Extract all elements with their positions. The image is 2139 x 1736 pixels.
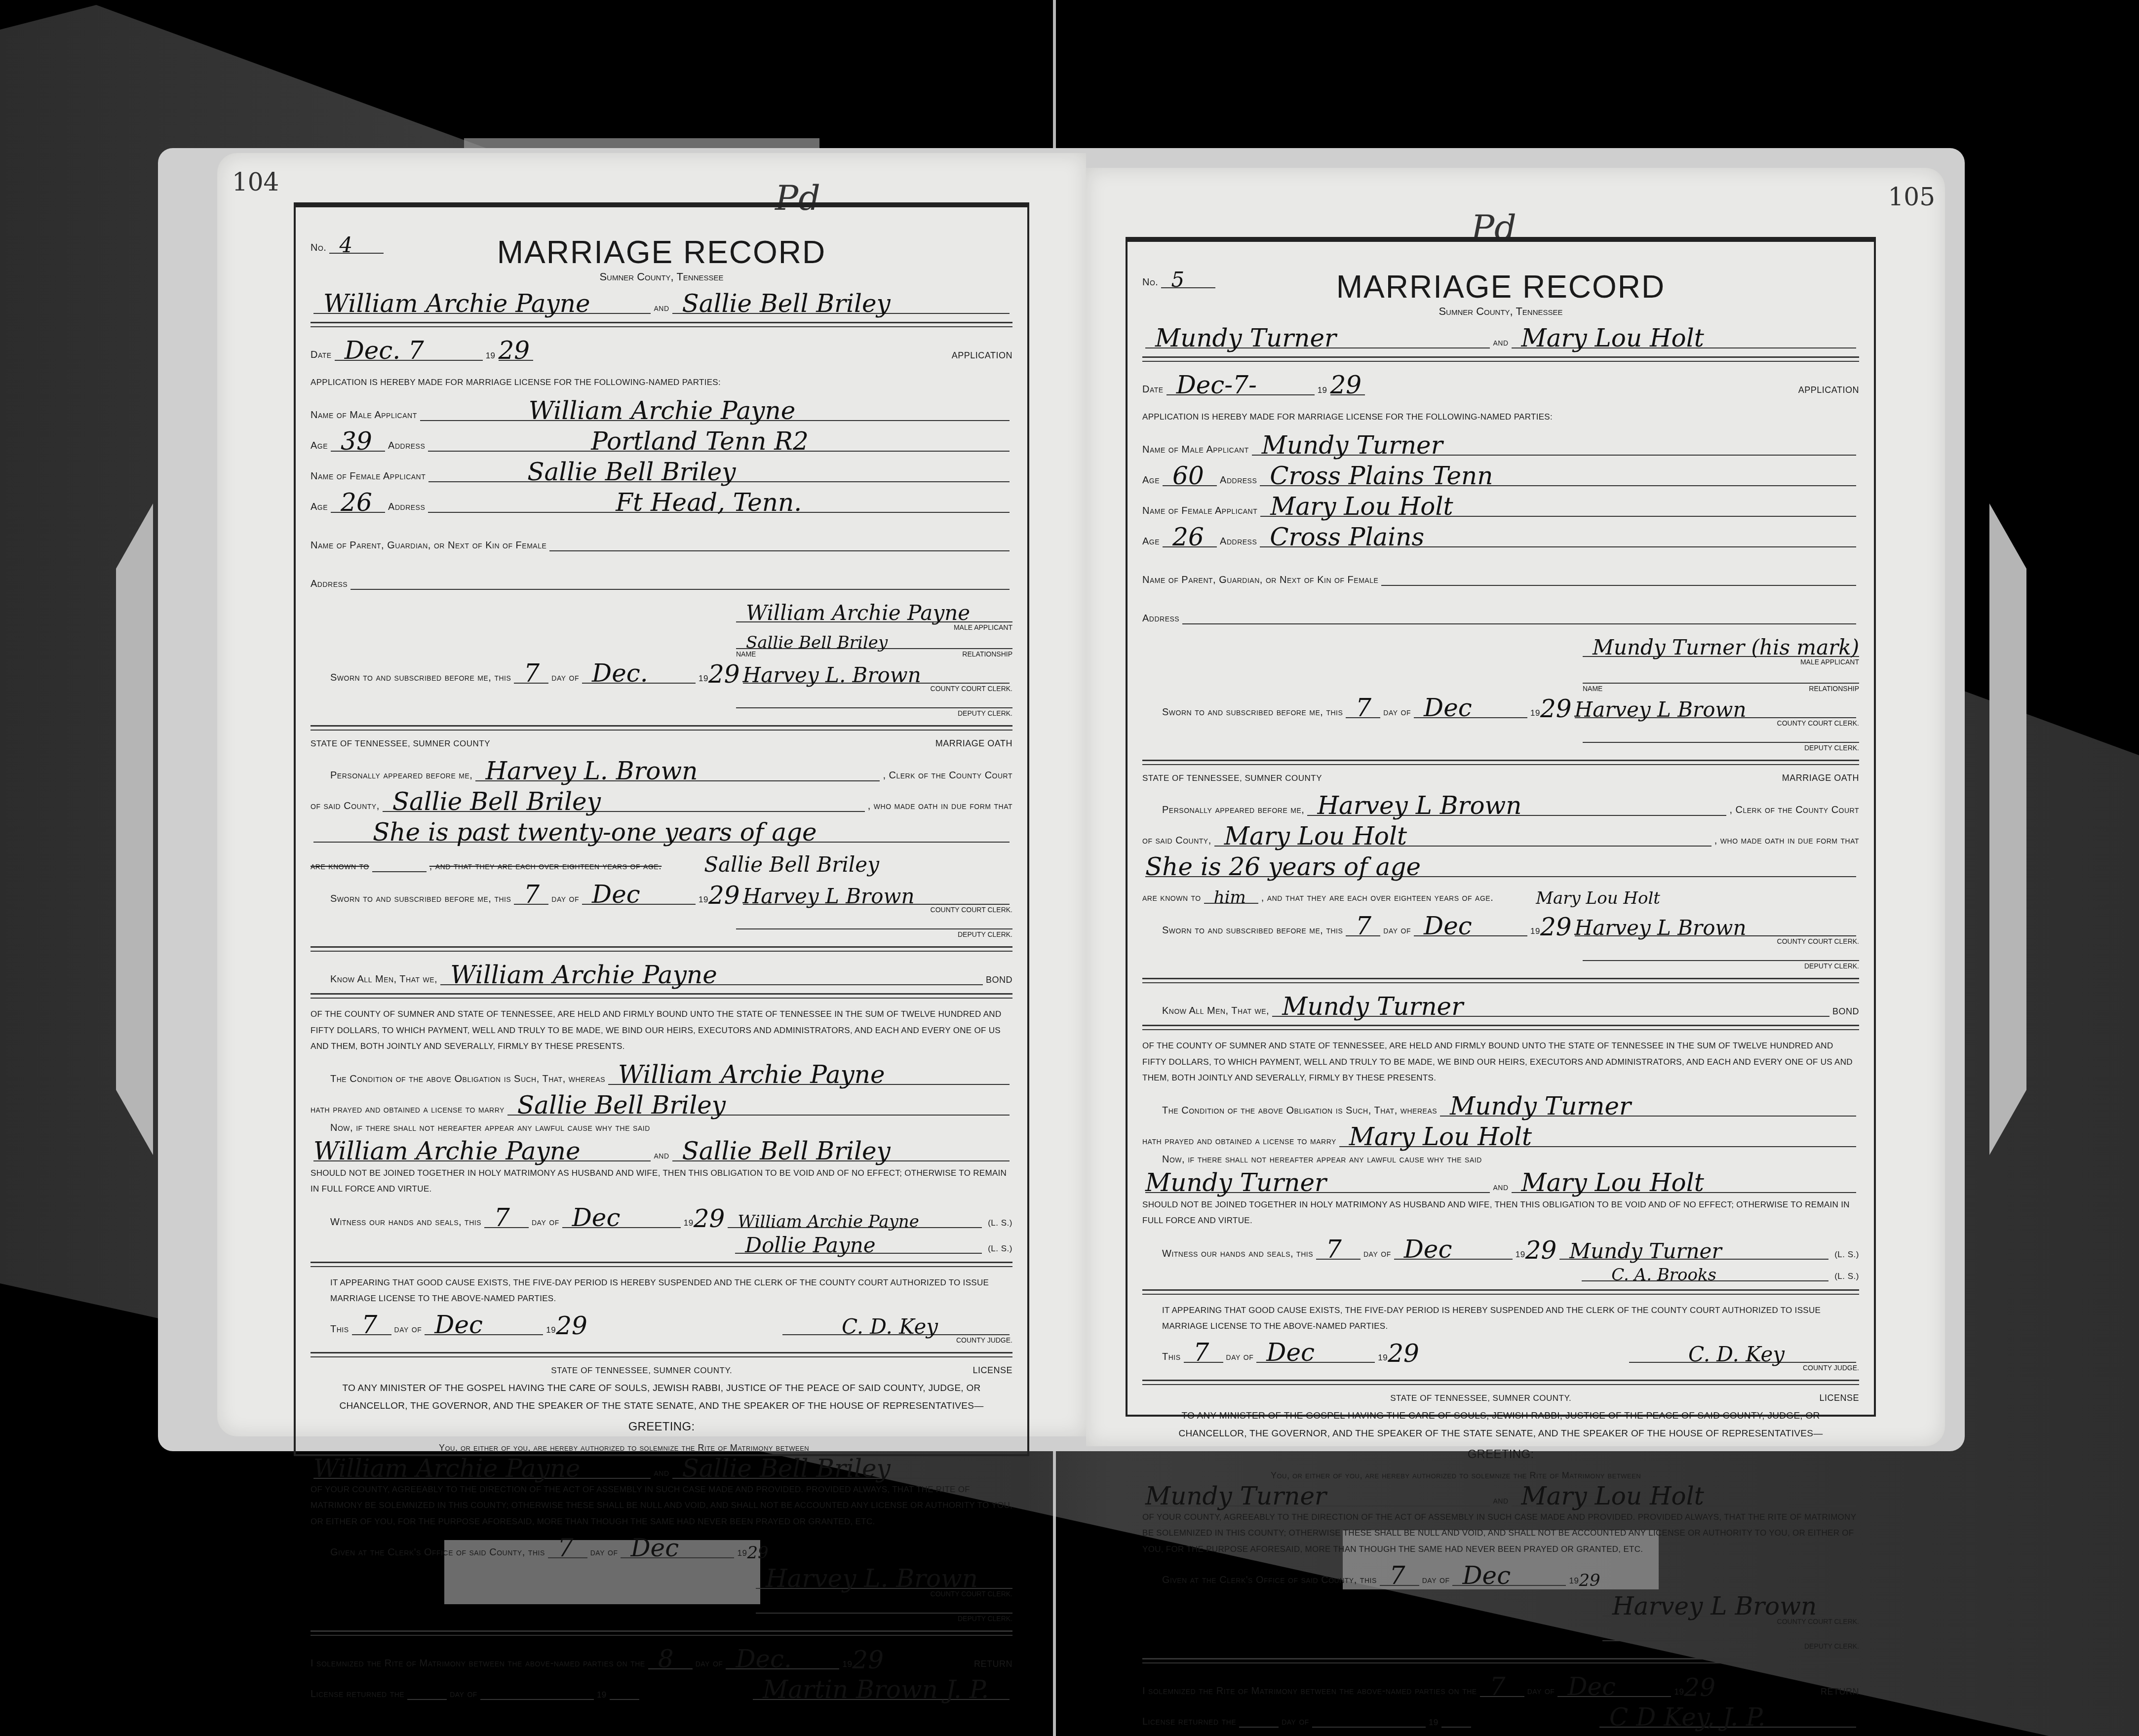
year-prefix: 19 bbox=[597, 1690, 607, 1700]
male-age-label: Age bbox=[311, 440, 328, 452]
female-applicant-name: Mary Lou Holt bbox=[1260, 492, 1453, 521]
year-prefix: 19 bbox=[699, 674, 708, 684]
solemnized-day: 7 bbox=[1480, 1672, 1506, 1701]
county-judge-signature: C. D. Key bbox=[782, 1314, 938, 1339]
oath-month: Dec bbox=[1414, 912, 1472, 940]
bond-principal: Mundy Turner bbox=[1272, 992, 1463, 1021]
seal-label: (L. S.) bbox=[1834, 1272, 1859, 1281]
oath-clerk-signature: Harvey L Brown bbox=[743, 884, 915, 908]
female-applicant-signature bbox=[1583, 667, 1593, 687]
said-groom: Mundy Turner bbox=[1145, 1168, 1326, 1197]
day-of-label: day of bbox=[532, 1217, 559, 1228]
officiant-signature: Martin Brown J. P. bbox=[753, 1675, 989, 1704]
sworn-label: Sworn to and subscribed before me, this bbox=[1142, 707, 1343, 718]
bond-label: Bond bbox=[1832, 1006, 1859, 1017]
book-side-tab-right bbox=[1989, 503, 2026, 1155]
bond-text: of the County of Sumner and State of Ten… bbox=[1142, 1038, 1859, 1086]
parent-guardian-label: Name of Parent, Guardian, or Next of Kin… bbox=[311, 540, 546, 551]
female-applicant-name: Sallie Bell Briley bbox=[428, 458, 736, 486]
license-to-marry: Sallie Bell Briley bbox=[507, 1091, 726, 1119]
are-known-to-value bbox=[372, 856, 382, 876]
hath-prayed-label: hath prayed and obtained a license to ma… bbox=[1142, 1136, 1336, 1147]
return-label: Return bbox=[1821, 1687, 1859, 1697]
male-applicant-label: Name of Male Applicant bbox=[311, 410, 417, 421]
year-prefix: 19 bbox=[1674, 1687, 1684, 1697]
are-known-to-value: him bbox=[1204, 887, 1246, 907]
each-over-eighteen-label: , and that they are each over eighteen y… bbox=[429, 861, 661, 872]
year-prefix: 19 bbox=[486, 351, 496, 361]
and-label: and bbox=[1493, 1182, 1508, 1193]
greeting: GREETING: bbox=[628, 1420, 695, 1433]
and-label: and bbox=[1493, 337, 1508, 348]
marriage-record-form: No. 4 MARRIAGE RECORD Sumner County, Ten… bbox=[294, 202, 1029, 1456]
deputy-clerk-caption: Deputy Clerk. bbox=[1142, 744, 1859, 752]
day-of-label: day of bbox=[1383, 707, 1411, 718]
bride-name: Mary Lou Holt bbox=[1512, 324, 1704, 352]
solemnized-month: Dec. bbox=[726, 1645, 792, 1673]
year-prefix: 19 bbox=[1429, 1718, 1439, 1728]
license-bride: Mary Lou Holt bbox=[1512, 1482, 1704, 1510]
sworn-year: 29 bbox=[708, 662, 740, 687]
condition-label: The Condition of the above Obligation is… bbox=[1142, 1105, 1437, 1117]
deputy-clerk-caption: Deputy Clerk. bbox=[311, 930, 1012, 938]
and-label: and bbox=[654, 303, 669, 314]
given-day: 7 bbox=[1380, 1561, 1405, 1590]
witness-year: 29 bbox=[1525, 1238, 1557, 1263]
license-state-county: State of Tennessee, Sumner County. bbox=[1390, 1393, 1571, 1403]
know-all-men-label: Know All Men, That we, bbox=[1142, 1005, 1269, 1017]
county-court-clerk-caption: County Court Clerk. bbox=[1142, 937, 1859, 945]
female-address-label: Address bbox=[1220, 536, 1257, 547]
given-year: 29 bbox=[1579, 1572, 1600, 1589]
date-label: Date bbox=[311, 349, 332, 361]
female-address: Cross Plains bbox=[1260, 523, 1424, 551]
parent-address bbox=[1182, 600, 1192, 628]
female-applicant-label: Name of Female Applicant bbox=[311, 471, 426, 482]
sworn-label: Sworn to and subscribed before me, this bbox=[311, 672, 511, 684]
day-of-label: day of bbox=[450, 1689, 477, 1700]
witness-signature-1: Mundy Turner bbox=[1559, 1239, 1721, 1263]
witness-signature-2: Dollie Payne bbox=[735, 1233, 876, 1257]
clerk-of-court-label: , Clerk of the County Court bbox=[1729, 805, 1859, 816]
solemnized-day: 8 bbox=[648, 1645, 674, 1673]
marriage-oath-label: Marriage Oath bbox=[935, 738, 1012, 749]
deputy-clerk-caption: Deputy Clerk. bbox=[958, 1615, 1012, 1622]
bond-label: Bond bbox=[986, 975, 1012, 985]
day-of-label: day of bbox=[551, 893, 579, 905]
given-year: 29 bbox=[747, 1544, 768, 1561]
year-prefix: 19 bbox=[1530, 926, 1540, 936]
know-all-men-label: Know All Men, That we, bbox=[311, 974, 437, 985]
year-prefix: 19 bbox=[1378, 1353, 1388, 1363]
form-title: MARRIAGE RECORD bbox=[1142, 269, 1859, 305]
good-cause-month: Dec bbox=[1256, 1338, 1315, 1367]
record-number: 4 bbox=[329, 233, 352, 257]
page-number: 105 bbox=[1888, 183, 1935, 211]
of-said-county-label: of said County, bbox=[311, 801, 380, 812]
day-of-label: day of bbox=[1363, 1248, 1391, 1260]
returned-year bbox=[610, 1684, 620, 1703]
you-or-either-label: You, or either of you, are hereby author… bbox=[311, 1443, 809, 1453]
license-returned-label: License returned the bbox=[1142, 1716, 1236, 1728]
seal-label: (L. S.) bbox=[988, 1218, 1012, 1228]
day-of-label: day of bbox=[1527, 1686, 1555, 1697]
male-applicant-signature: William Archie Payne bbox=[736, 601, 970, 625]
witness-month: Dec bbox=[562, 1203, 621, 1232]
female-address: Ft Head, Tenn. bbox=[428, 488, 802, 517]
license-to-marry: Mary Lou Holt bbox=[1339, 1122, 1532, 1151]
this-label: This bbox=[311, 1324, 349, 1335]
application-year: 29 bbox=[1330, 371, 1362, 399]
bride-name: Sallie Bell Briley bbox=[672, 289, 891, 318]
relationship-caption: Relationship bbox=[962, 650, 1012, 658]
returned-month bbox=[480, 1684, 490, 1703]
year-prefix: 19 bbox=[684, 1218, 694, 1228]
good-cause-month: Dec bbox=[425, 1311, 483, 1339]
form-county: Sumner County, Tennessee bbox=[311, 270, 1012, 283]
oath-year: 29 bbox=[708, 883, 740, 908]
day-of-label: day of bbox=[590, 1547, 618, 1558]
condition-whereas: Mundy Turner bbox=[1440, 1092, 1631, 1120]
year-prefix: 19 bbox=[1530, 708, 1540, 718]
date-label: Date bbox=[1142, 384, 1164, 395]
record-number-label: No. bbox=[1142, 277, 1158, 288]
and-label: and bbox=[654, 1150, 669, 1161]
groom-name: Mundy Turner bbox=[1145, 324, 1336, 352]
deputy-clerk-caption: Deputy Clerk. bbox=[1804, 1642, 1859, 1650]
of-your-county-text: of your County, agreeably to the directi… bbox=[311, 1482, 1012, 1530]
male-address-label: Address bbox=[1220, 475, 1257, 486]
said-groom: William Archie Payne bbox=[313, 1137, 581, 1165]
year-prefix: 19 bbox=[737, 1548, 747, 1558]
male-applicant-signature: Mundy Turner (his mark) bbox=[1583, 635, 1859, 659]
and-label: and bbox=[654, 1467, 669, 1479]
to-any-minister: To any Minister of the Gospel having the… bbox=[339, 1383, 983, 1411]
oath-signature: Mary Lou Holt bbox=[1496, 888, 1660, 908]
are-known-to-label: are known to bbox=[1142, 892, 1201, 904]
given-at-label: Given at the Clerk's Office of said Coun… bbox=[1142, 1575, 1377, 1586]
good-cause-text: It appearing that good cause exists, the… bbox=[1142, 1303, 1859, 1335]
who-made-oath-label: , who made oath in due form that bbox=[868, 801, 1012, 812]
application-year: 29 bbox=[499, 336, 530, 365]
female-age: 26 bbox=[331, 488, 372, 517]
officiant-signature: C D Key, J. P. bbox=[1599, 1703, 1765, 1732]
male-address-label: Address bbox=[388, 440, 425, 452]
greeting: GREETING: bbox=[1468, 1448, 1534, 1461]
male-applicant-label: Name of Male Applicant bbox=[1142, 444, 1249, 456]
given-clerk-signature: Harvey L. Brown bbox=[756, 1564, 978, 1593]
day-of-label: day of bbox=[394, 1324, 422, 1335]
day-of-label: day of bbox=[1383, 925, 1411, 936]
form-title: MARRIAGE RECORD bbox=[311, 234, 1012, 270]
year-prefix: 19 bbox=[546, 1325, 556, 1335]
license-state-county: State of Tennessee, Sumner County. bbox=[551, 1366, 732, 1376]
good-cause-year: 29 bbox=[1388, 1341, 1419, 1366]
sworn-day: 7 bbox=[514, 659, 540, 688]
and-label: and bbox=[1493, 1495, 1508, 1506]
good-cause-day: 7 bbox=[1184, 1338, 1209, 1367]
application-date: Dec-7- bbox=[1167, 371, 1257, 399]
male-age: 39 bbox=[331, 427, 372, 456]
male-age-label: Age bbox=[1142, 475, 1160, 486]
sworn-year: 29 bbox=[1540, 696, 1572, 721]
said-bride: Sallie Bell Briley bbox=[672, 1137, 891, 1165]
year-prefix: 19 bbox=[1318, 386, 1327, 395]
i-solemnized-label: I solemnized the Rite of Matrimony betwe… bbox=[311, 1658, 645, 1669]
hath-prayed-label: hath prayed and obtained a license to ma… bbox=[311, 1104, 505, 1116]
parent-guardian bbox=[549, 527, 559, 555]
oath-person: Sallie Bell Briley bbox=[383, 787, 601, 816]
parent-guardian bbox=[1381, 561, 1391, 590]
male-address: Cross Plains Tenn bbox=[1260, 462, 1493, 490]
oath-sworn-label: Sworn to and subscribed before me, this bbox=[311, 893, 511, 905]
application-text: Application is hereby made for Marriage … bbox=[1142, 409, 1859, 425]
license-returned-label: License returned the bbox=[311, 1689, 404, 1700]
solemnized-month: Dec bbox=[1557, 1672, 1616, 1701]
year-prefix: 19 bbox=[1569, 1576, 1579, 1586]
oath-year: 29 bbox=[1540, 915, 1572, 939]
application-section-label: Application bbox=[1798, 385, 1859, 395]
solemnized-year: 29 bbox=[852, 1648, 884, 1672]
application-section-label: Application bbox=[952, 350, 1012, 361]
oath-day: 7 bbox=[514, 880, 540, 909]
now-if-label: Now, if there shall not hereafter appear… bbox=[311, 1122, 650, 1134]
good-cause-text: It appearing that good cause exists, the… bbox=[311, 1275, 1012, 1307]
relationship-caption: Relationship bbox=[1809, 685, 1859, 693]
deputy-clerk-caption: Deputy Clerk. bbox=[311, 709, 1012, 717]
oath-statement: She is past twenty-one years of age bbox=[313, 818, 817, 847]
returned-year bbox=[1441, 1711, 1451, 1731]
each-over-eighteen-label: , and that they are each over eighteen y… bbox=[1261, 892, 1493, 904]
witness-day: 7 bbox=[1316, 1235, 1342, 1264]
witness-signature-1: William Archie Payne bbox=[728, 1212, 919, 1232]
now-if-label: Now, if there shall not hereafter appear… bbox=[1142, 1154, 1482, 1165]
to-any-minister: To any Minister of the Gospel having the… bbox=[1178, 1411, 1823, 1439]
good-cause-year: 29 bbox=[556, 1313, 587, 1338]
returned-day bbox=[407, 1684, 417, 1703]
right-page: 105 Pd No. 5 MARRIAGE RECORD Sumner Coun… bbox=[1086, 168, 1945, 1446]
application-text: Application is hereby made for Marriage … bbox=[311, 375, 1012, 390]
male-applicant-name: William Archie Payne bbox=[420, 396, 796, 425]
year-prefix: 19 bbox=[1516, 1250, 1525, 1260]
witness-year: 29 bbox=[694, 1206, 725, 1231]
deputy-clerk-caption: Deputy Clerk. bbox=[1142, 962, 1859, 970]
book-side-tab-left bbox=[116, 503, 153, 1155]
form-county: Sumner County, Tennessee bbox=[1142, 305, 1859, 318]
record-number: 5 bbox=[1161, 268, 1184, 292]
female-age-label: Age bbox=[1142, 536, 1160, 547]
returned-month bbox=[1312, 1711, 1322, 1731]
day-of-label: day of bbox=[1422, 1575, 1450, 1586]
given-at-label: Given at the Clerk's Office of said Coun… bbox=[311, 1547, 545, 1558]
day-of-label: day of bbox=[551, 672, 579, 684]
county-judge-signature: C. D. Key bbox=[1629, 1342, 1785, 1366]
said-bride: Mary Lou Holt bbox=[1512, 1168, 1704, 1197]
sworn-month: Dec bbox=[1414, 694, 1472, 722]
oath-day: 7 bbox=[1346, 912, 1371, 940]
day-of-label: day of bbox=[1226, 1351, 1254, 1363]
license-groom: William Archie Payne bbox=[313, 1454, 581, 1483]
record-number-label: No. bbox=[311, 242, 326, 254]
who-made-oath-label: , who made oath in due form that bbox=[1714, 835, 1859, 847]
condition-label: The Condition of the above Obligation is… bbox=[311, 1074, 605, 1085]
this-label: This bbox=[1142, 1351, 1181, 1363]
oath-clerk: Harvey L Brown bbox=[1307, 791, 1521, 820]
female-address-label: Address bbox=[388, 502, 425, 513]
to-any-minister-text: To any Minister of the Gospel having the… bbox=[311, 1380, 1012, 1438]
oath-statement: She is 26 years of age bbox=[1145, 852, 1421, 881]
year-prefix: 19 bbox=[842, 1659, 852, 1669]
groom-name: William Archie Payne bbox=[313, 289, 590, 318]
bond-principal: William Archie Payne bbox=[440, 961, 717, 989]
witness-month: Dec bbox=[1394, 1235, 1452, 1264]
sworn-day: 7 bbox=[1346, 694, 1371, 722]
are-known-to-label: are known to bbox=[311, 861, 369, 872]
parent-address bbox=[350, 565, 360, 594]
day-of-label: day of bbox=[1282, 1716, 1309, 1728]
male-address: Portland Tenn R2 bbox=[428, 427, 808, 456]
witness-day: 7 bbox=[484, 1203, 510, 1232]
should-not-text: should not be joined together in Holy Ma… bbox=[311, 1165, 1012, 1197]
of-said-county-label: of said County, bbox=[1142, 835, 1211, 847]
condition-whereas: William Archie Payne bbox=[608, 1060, 885, 1089]
clerk-of-court-label: , Clerk of the County Court bbox=[883, 770, 1012, 781]
female-applicant-signature: Sallie Bell Briley bbox=[736, 633, 888, 653]
parent-guardian-label: Name of Parent, Guardian, or Next of Kin… bbox=[1142, 575, 1378, 586]
good-cause-day: 7 bbox=[352, 1311, 378, 1339]
sworn-month: Dec. bbox=[582, 659, 648, 688]
given-day: 7 bbox=[548, 1534, 574, 1562]
should-not-text: should not be joined together in Holy Ma… bbox=[1142, 1197, 1859, 1229]
you-or-either-label: You, or either of you, are hereby author… bbox=[1142, 1470, 1641, 1481]
of-your-county-text: of your County, agreeably to the directi… bbox=[1142, 1509, 1859, 1557]
oath-signature: Sallie Bell Briley bbox=[664, 852, 879, 877]
application-date: Dec. 7 bbox=[335, 336, 424, 365]
personally-appeared-label: Personally appeared before me, bbox=[1142, 805, 1304, 816]
oath-state-county: State of Tennessee, Sumner County bbox=[311, 739, 490, 749]
solemnized-year: 29 bbox=[1684, 1675, 1715, 1700]
personally-appeared-label: Personally appeared before me, bbox=[311, 770, 472, 781]
license-section-label: License bbox=[1819, 1393, 1859, 1403]
to-any-minister-text: To any Minister of the Gospel having the… bbox=[1142, 1407, 1859, 1466]
parent-address-label: Address bbox=[311, 579, 348, 590]
given-month: Dec bbox=[621, 1534, 679, 1562]
witness-label: Witness our hands and seals, this bbox=[1142, 1248, 1313, 1260]
oath-month: Dec bbox=[582, 880, 640, 909]
female-age-label: Age bbox=[311, 502, 328, 513]
male-applicant-name: Mundy Turner bbox=[1252, 431, 1443, 460]
marriage-oath-label: Marriage Oath bbox=[1782, 773, 1859, 783]
page-number: 104 bbox=[232, 168, 279, 196]
seal-label: (L. S.) bbox=[988, 1244, 1012, 1254]
oath-sworn-label: Sworn to and subscribed before me, this bbox=[1142, 925, 1343, 936]
witness-signature-2: C. A. Brooks bbox=[1582, 1265, 1716, 1285]
oath-clerk-signature: Harvey L Brown bbox=[1575, 916, 1747, 940]
returned-day bbox=[1239, 1711, 1249, 1731]
bond-text: of the County of Sumner and State of Ten… bbox=[311, 1006, 1012, 1054]
clerk-signature: Harvey L. Brown bbox=[743, 663, 921, 687]
oath-state-county: State of Tennessee, Sumner County bbox=[1142, 773, 1322, 783]
clerk-signature: Harvey L Brown bbox=[1575, 697, 1747, 722]
given-month: Dec bbox=[1452, 1561, 1511, 1590]
male-age: 60 bbox=[1163, 462, 1204, 490]
license-bride: Sallie Bell Briley bbox=[672, 1454, 891, 1483]
parent-address-label: Address bbox=[1142, 613, 1179, 624]
marriage-record-form: No. 5 MARRIAGE RECORD Sumner County, Ten… bbox=[1126, 237, 1876, 1417]
female-applicant-label: Name of Female Applicant bbox=[1142, 505, 1257, 517]
return-label: Return bbox=[974, 1659, 1012, 1669]
female-age: 26 bbox=[1163, 523, 1204, 551]
given-clerk-signature: Harvey L Brown bbox=[1602, 1592, 1817, 1620]
witness-label: Witness our hands and seals, this bbox=[311, 1217, 481, 1228]
license-section-label: License bbox=[972, 1365, 1012, 1376]
oath-person: Mary Lou Holt bbox=[1214, 822, 1407, 850]
license-groom: Mundy Turner bbox=[1145, 1482, 1326, 1510]
day-of-label: day of bbox=[696, 1658, 723, 1669]
left-page: 104 Pd No. 4 MARRIAGE RECORD Sumner Coun… bbox=[217, 153, 1086, 1436]
i-solemnized-label: I solemnized the Rite of Matrimony betwe… bbox=[1142, 1686, 1477, 1697]
seal-label: (L. S.) bbox=[1834, 1250, 1859, 1260]
oath-clerk: Harvey L. Brown bbox=[475, 757, 698, 785]
year-prefix: 19 bbox=[699, 895, 708, 905]
county-court-clerk-caption: County Court Clerk. bbox=[1142, 719, 1859, 727]
